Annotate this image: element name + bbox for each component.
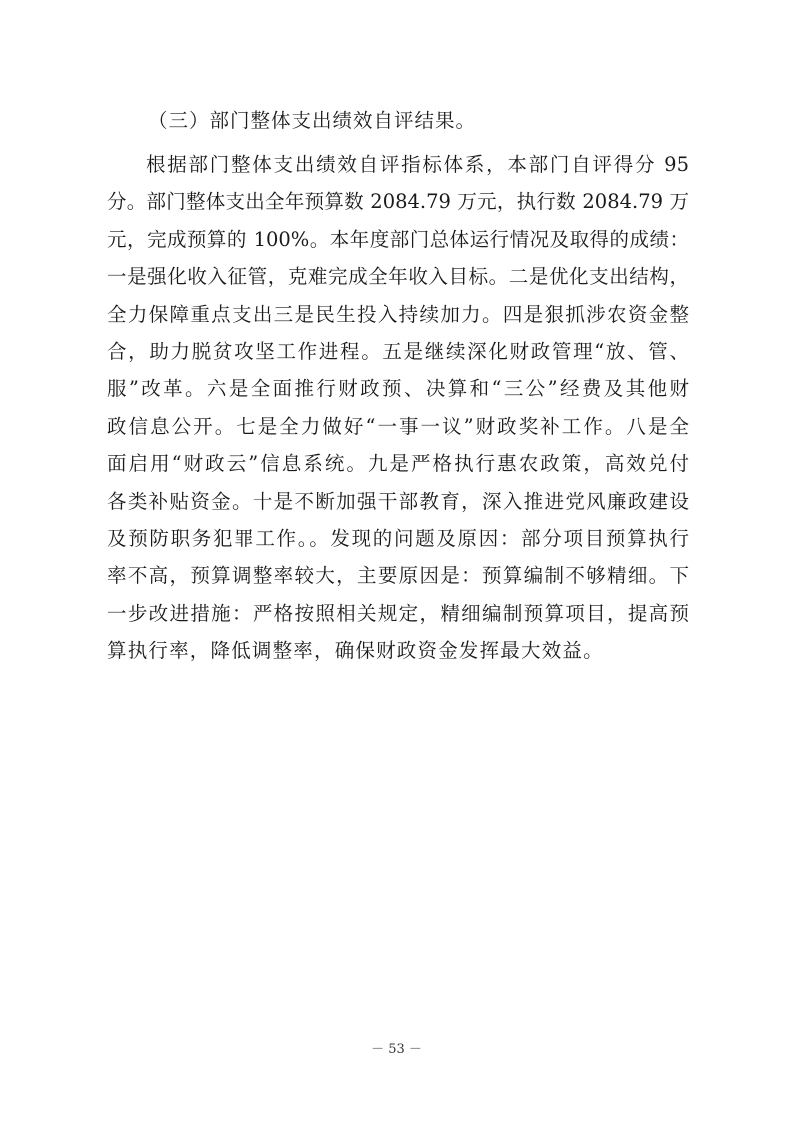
page-number: － 53 －	[0, 1038, 793, 1057]
paragraph-line: 服”改革。六是全面推行财政预、决算和“三公”经费及其他财	[107, 370, 689, 407]
paragraph-line: 面启用“财政云”信息系统。九是严格执行惠农政策，高效兑付	[107, 445, 689, 482]
paragraph-line: 一步改进措施：严格按照相关规定，精细编制预算项目，提高预	[107, 595, 689, 632]
body-paragraph: 根据部门整体支出绩效自评指标体系，本部门自评得分 95 分。部门整体支出全年预算…	[107, 146, 689, 669]
paragraph-line: 分。部门整体支出全年预算数 2084.79 万元，执行数 2084.79 万	[107, 183, 689, 220]
paragraph-line: 根据部门整体支出绩效自评指标体系，本部门自评得分 95	[107, 146, 689, 183]
paragraph-line: 合，助力脱贫攻坚工作进程。五是继续深化财政管理“放、管、	[107, 333, 689, 370]
document-page: （三）部门整体支出绩效自评结果。 根据部门整体支出绩效自评指标体系，本部门自评得…	[0, 0, 793, 1122]
paragraph-line: 及预防职务犯罪工作。。发现的问题及原因：部分项目预算执行	[107, 520, 689, 557]
paragraph-line: 一是强化收入征管，克难完成全年收入目标。二是优化支出结构，	[107, 258, 689, 295]
paragraph-line: 政信息公开。七是全力做好“一事一议”财政奖补工作。八是全	[107, 408, 689, 445]
section-heading: （三）部门整体支出绩效自评结果。	[148, 103, 476, 139]
paragraph-line: 全力保障重点支出三是民生投入持续加力。四是狠抓涉农资金整	[107, 296, 689, 333]
paragraph-line: 各类补贴资金。十是不断加强干部教育，深入推进党风廉政建设	[107, 483, 689, 520]
paragraph-line: 元，完成预算的 100%。本年度部门总体运行情况及取得的成绩：	[107, 221, 689, 258]
paragraph-line: 算执行率，降低调整率，确保财政资金发挥最大效益。	[107, 632, 689, 669]
paragraph-line: 率不高，预算调整率较大，主要原因是：预算编制不够精细。下	[107, 557, 689, 594]
